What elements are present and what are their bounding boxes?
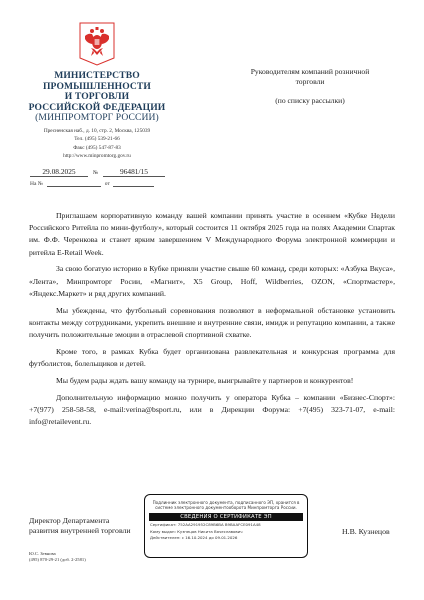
ministry-line: МИНИСТЕРСТВО — [22, 71, 172, 82]
reference-line: На № от — [30, 180, 165, 187]
paragraph-history: За свою богатую историю в Кубке приняли … — [29, 263, 395, 300]
phone: Тел. (495) 539-21-66 — [16, 135, 178, 143]
paragraph-contacts: Дополнительную информацию можно получить… — [29, 392, 395, 429]
ministry-short-name: (МИНПРОМТОРГ РОССИИ) — [22, 113, 172, 124]
mailing-list-note: (по списку рассылки) — [225, 96, 395, 106]
signatory-title-line: Директор Департамента — [29, 516, 149, 526]
signatory-title: Директор Департамента развития внутренне… — [29, 516, 149, 536]
letter-body: Приглашаем корпоративную команду вашей к… — [29, 210, 395, 428]
recipient-line: Руководителям компаний розничной — [225, 67, 395, 77]
executor-phone: (495) 870-29-21 (доб. 2-2581) — [29, 557, 86, 563]
recipient-block: Руководителям компаний розничной торговл… — [225, 67, 395, 106]
website-link[interactable]: http://www.minpromtorg.gov.ru — [16, 152, 178, 160]
letter-number: 96481/15 — [103, 168, 165, 177]
fax: Факс (495) 547-87-83 — [16, 144, 178, 152]
certificate-owner: Кому выдан: Кузнецов Никита Вячеславович — [150, 530, 302, 535]
paragraph-program: Кроме того, в рамках Кубка будет организ… — [29, 346, 395, 370]
electronic-signature-stamp: Подлинник электронного документа, подпис… — [144, 494, 308, 558]
ministry-contacts: Пресненская наб., д. 10, стр. 2, Москва,… — [16, 127, 178, 160]
address: Пресненская наб., д. 10, стр. 2, Москва,… — [16, 127, 178, 135]
paragraph-welcome: Мы будем рады ждать вашу команду на турн… — [29, 375, 395, 387]
recipient-line: торговли — [225, 77, 395, 87]
certificate-id: Сертификат: 752AA291952C89B6BA B9BAAFCE0… — [150, 523, 302, 528]
stamp-heading: СВЕДЕНИЯ О СЕРТИФИКАТЕ ЭП — [149, 513, 303, 521]
letter-date: 29.08.2025 — [30, 168, 88, 177]
paragraph-invitation: Приглашаем корпоративную команду вашей к… — [29, 210, 395, 259]
signatory-title-line: развития внутренней торговли — [29, 526, 149, 536]
outgoing-number-line: 29.08.2025 № 96481/15 — [30, 167, 165, 177]
certificate-validity: Действителен: с 16.10.2024 до 09.01.2026 — [150, 536, 302, 541]
ref-number-blank — [47, 180, 101, 187]
ref-from-label: от — [105, 181, 110, 187]
stamp-note: Подлинник электронного документа, подпис… — [151, 500, 301, 510]
russian-coat-of-arms-icon — [79, 22, 115, 66]
executor-info: Ю.С. Зевнова (495) 870-29-21 (доб. 2-258… — [29, 551, 86, 563]
ref-date-blank — [113, 180, 154, 187]
ministry-name: МИНИСТЕРСТВО ПРОМЫШЛЕННОСТИ И ТОРГОВЛИ Р… — [22, 71, 172, 124]
ref-label: На № — [30, 181, 43, 187]
signer-name: Н.В. Кузнецов — [342, 527, 390, 536]
number-label: № — [93, 170, 98, 176]
paragraph-benefits: Мы убеждены, что футбольный соревнования… — [29, 305, 395, 342]
